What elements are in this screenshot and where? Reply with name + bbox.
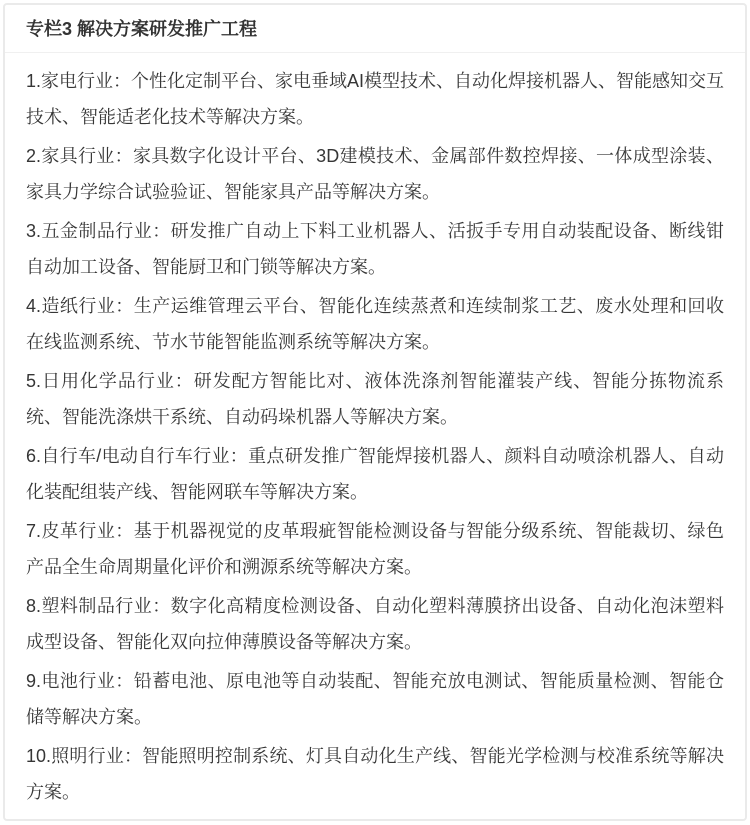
industry-item: 2.家具行业：家具数字化设计平台、3D建模技术、金属部件数控焊接、一体成型涂装、… [26,138,724,210]
industry-item: 7.皮革行业：基于机器视觉的皮革瑕疵智能检测设备与智能分级系统、智能裁切、绿色产… [26,513,724,585]
industry-item: 8.塑料制品行业：数字化高精度检测设备、自动化塑料薄膜挤出设备、自动化泡沫塑料成… [26,588,724,660]
industry-item: 6.自行车/电动自行车行业：重点研发推广智能焊接机器人、颜料自动喷涂机器人、自动… [26,438,724,510]
industry-item: 4.造纸行业：生产运维管理云平台、智能化连续蒸煮和连续制浆工艺、废水处理和回收在… [26,288,724,360]
panel-title: 专栏3 解决方案研发推广工程 [5,5,745,53]
industry-item: 5.日用化学品行业：研发配方智能比对、液体洗涤剂智能灌装产线、智能分拣物流系统、… [26,363,724,435]
industry-item: 3.五金制品行业：研发推广自动上下料工业机器人、活扳手专用自动装配设备、断线钳自… [26,213,724,285]
industry-item: 10.照明行业：智能照明控制系统、灯具自动化生产线、智能光学检测与校准系统等解决… [26,738,724,810]
industry-item: 9.电池行业：铅蓄电池、原电池等自动装配、智能充放电测试、智能质量检测、智能仓储… [26,663,724,735]
document-page: 专栏3 解决方案研发推广工程 1.家电行业：个性化定制平台、家电垂域AI模型技术… [0,0,750,825]
industry-item: 1.家电行业：个性化定制平台、家电垂域AI模型技术、自动化焊接机器人、智能感知交… [26,63,724,135]
panel-body: 1.家电行业：个性化定制平台、家电垂域AI模型技术、自动化焊接机器人、智能感知交… [5,53,745,817]
callout-box: 专栏3 解决方案研发推广工程 1.家电行业：个性化定制平台、家电垂域AI模型技术… [3,3,747,821]
